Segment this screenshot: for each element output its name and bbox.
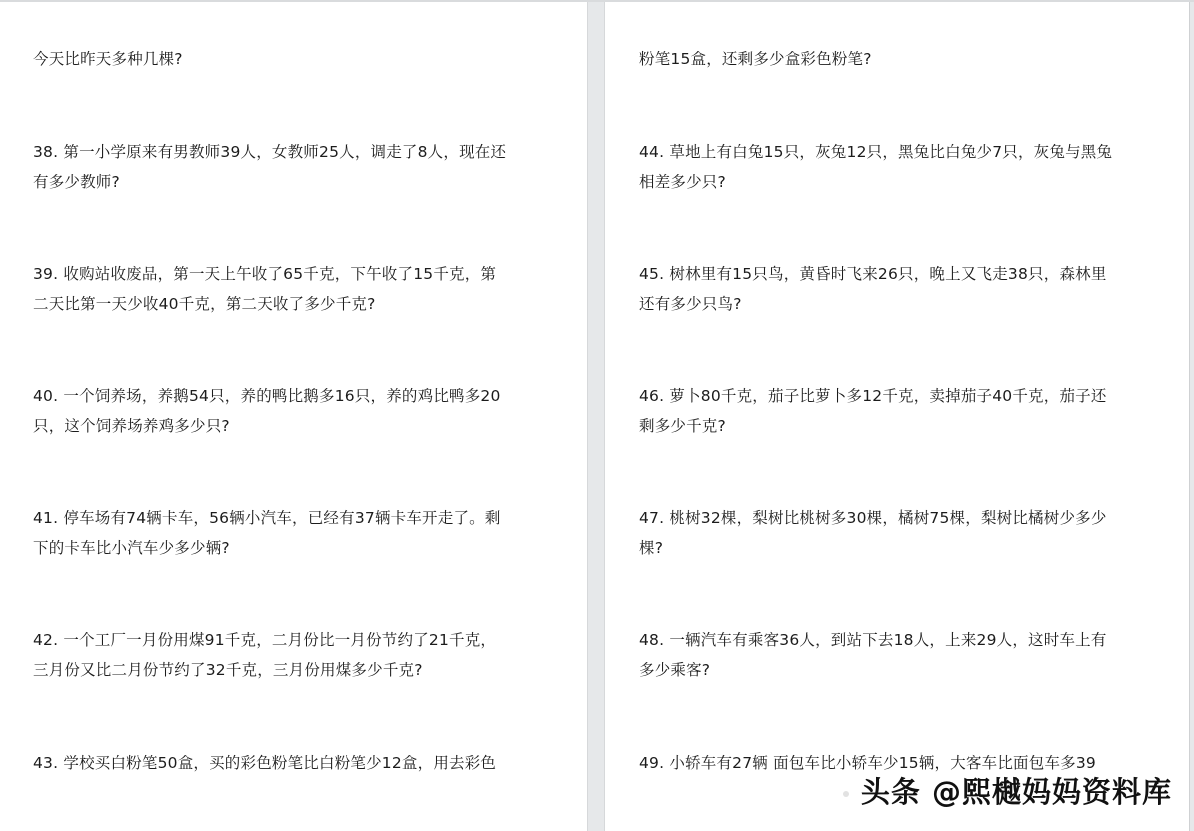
watermark-text: 头条 @熙樾妈妈资料库 (861, 775, 1172, 809)
question-line: 三月份又比二月份节约了32千克，三月份用煤多少千克? (33, 655, 496, 685)
question-40: 40. 一个饲养场，养鹅54只，养的鸭比鹅多16只，养的鸡比鸭多20 只，这个饲… (33, 381, 501, 441)
question-38: 38. 第一小学原来有男教师39人，女教师25人，调走了8人，现在还 有多少教师… (33, 137, 506, 197)
question-line: 48. 一辆汽车有乘客36人，到站下去18人，上来29人，这时车上有 (639, 625, 1107, 655)
document-page-right: 粉笔15盒，还剩多少盒彩色粉笔? 44. 草地上有白兔15只，灰兔12只，黑兔比… (604, 2, 1190, 831)
question-line: 39. 收购站收废品，第一天上午收了65千克，下午收了15千克，第 (33, 259, 496, 289)
question-line: 45. 树林里有15只鸟，黄昏时飞来26只，晚上又飞走38只，森林里 (639, 259, 1107, 289)
question-line: 相差多少只? (639, 167, 1112, 197)
question-line: 只，这个饲养场养鸡多少只? (33, 411, 501, 441)
question-line: 剩多少千克? (639, 411, 1107, 441)
question-line: 二天比第一天少收40千克，第二天收了多少千克? (33, 289, 496, 319)
question-43-continuation: 粉笔15盒，还剩多少盒彩色粉笔? (639, 44, 872, 74)
question-44: 44. 草地上有白兔15只，灰兔12只，黑兔比白兔少7只，灰兔与黑兔 相差多少只… (639, 137, 1112, 197)
question-line: 38. 第一小学原来有男教师39人，女教师25人，调走了8人，现在还 (33, 137, 506, 167)
question-line: 多少乘客? (639, 655, 1107, 685)
question-41: 41. 停车场有74辆卡车，56辆小汽车，已经有37辆卡车开走了。剩 下的卡车比… (33, 503, 501, 563)
question-line: 还有多少只鸟? (639, 289, 1107, 319)
question-line: 47. 桃树32棵，梨树比桃树多30棵，橘树75棵，梨树比橘树少多少 (639, 503, 1107, 533)
question-line: 粉笔15盒，还剩多少盒彩色粉笔? (639, 44, 872, 74)
question-39: 39. 收购站收废品，第一天上午收了65千克，下午收了15千克，第 二天比第一天… (33, 259, 496, 319)
question-line: 46. 萝卜80千克，茄子比萝卜多12千克，卖掉茄子40千克，茄子还 (639, 381, 1107, 411)
question-43: 43. 学校买白粉笔50盒，买的彩色粉笔比白粉笔少12盒，用去彩色 (33, 748, 496, 778)
watermark-dot-icon (843, 791, 849, 797)
question-line: 40. 一个饲养场，养鹅54只，养的鸭比鹅多16只，养的鸡比鸭多20 (33, 381, 501, 411)
question-line: 有多少教师? (33, 167, 506, 197)
question-46: 46. 萝卜80千克，茄子比萝卜多12千克，卖掉茄子40千克，茄子还 剩多少千克… (639, 381, 1107, 441)
question-line: 下的卡车比小汽车少多少辆? (33, 533, 501, 563)
question-line: 今天比昨天多种几棵? (33, 44, 183, 74)
question-line: 43. 学校买白粉笔50盒，买的彩色粉笔比白粉笔少12盒，用去彩色 (33, 748, 496, 778)
question-45: 45. 树林里有15只鸟，黄昏时飞来26只，晚上又飞走38只，森林里 还有多少只… (639, 259, 1107, 319)
question-line: 41. 停车场有74辆卡车，56辆小汽车，已经有37辆卡车开走了。剩 (33, 503, 501, 533)
question-47: 47. 桃树32棵，梨树比桃树多30棵，橘树75棵，梨树比橘树少多少 棵? (639, 503, 1107, 563)
document-page-left: 今天比昨天多种几棵? 38. 第一小学原来有男教师39人，女教师25人，调走了8… (0, 2, 588, 831)
watermark: 头条 @熙樾妈妈资料库 (843, 770, 1172, 811)
question-48: 48. 一辆汽车有乘客36人，到站下去18人，上来29人，这时车上有 多少乘客? (639, 625, 1107, 685)
question-line: 棵? (639, 533, 1107, 563)
question-continuation: 今天比昨天多种几棵? (33, 44, 183, 74)
question-line: 44. 草地上有白兔15只，灰兔12只，黑兔比白兔少7只，灰兔与黑兔 (639, 137, 1112, 167)
document-viewer: 今天比昨天多种几棵? 38. 第一小学原来有男教师39人，女教师25人，调走了8… (0, 0, 1194, 831)
question-42: 42. 一个工厂一月份用煤91千克，二月份比一月份节约了21千克， 三月份又比二… (33, 625, 496, 685)
question-line: 42. 一个工厂一月份用煤91千克，二月份比一月份节约了21千克， (33, 625, 496, 655)
